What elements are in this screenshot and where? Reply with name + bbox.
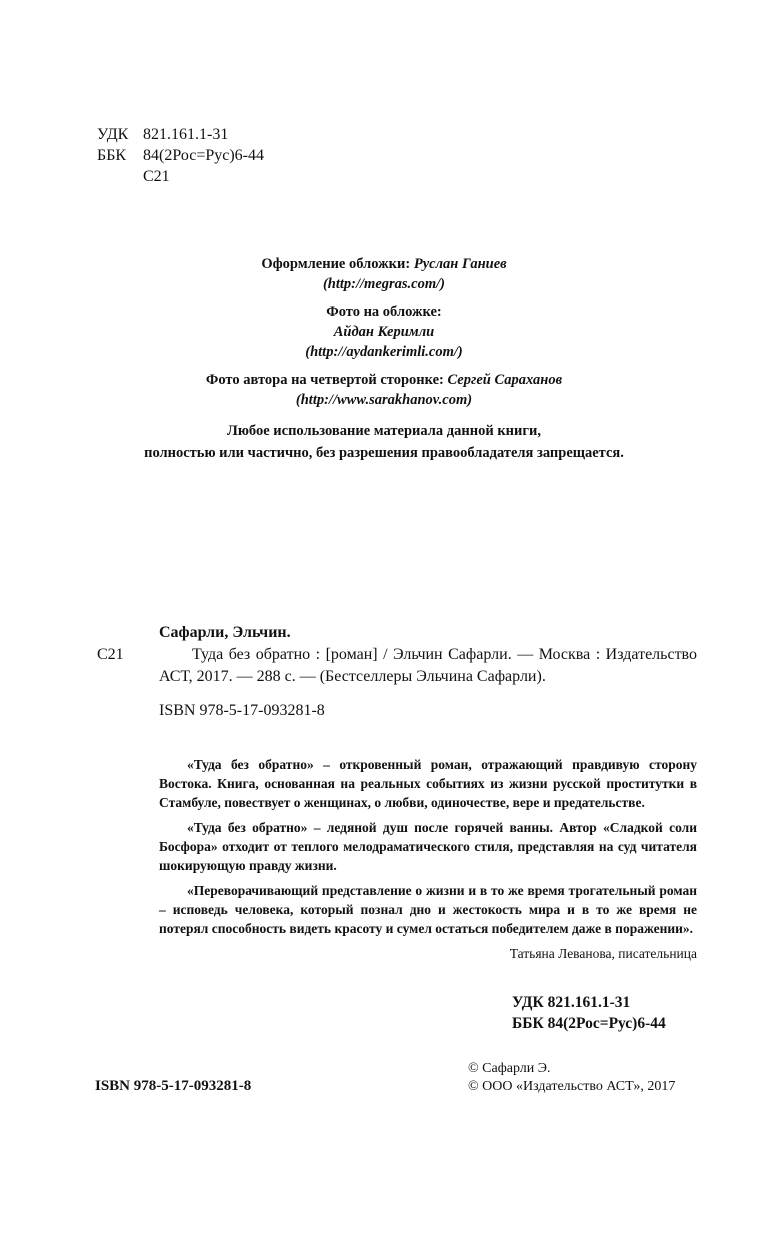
author-mark: С21 xyxy=(97,166,264,187)
bbk-value: 84(2Рос=Рус)6-44 xyxy=(143,147,264,164)
cover-design-credit: Оформление обложки: Руслан Ганиев (http:… xyxy=(0,254,768,294)
cover-design-label: Оформление обложки: xyxy=(261,256,410,272)
author-photo-label: Фото автора на четвертой сторонке: xyxy=(206,372,444,388)
cover-design-url: (http://megras.com/) xyxy=(323,276,445,292)
notice-line-1: Любое использование материала данной кни… xyxy=(0,420,768,442)
udk-label: УДК xyxy=(97,124,143,145)
bibliographic-record: Сафарли, Эльчин. С21 Туда без обратно : … xyxy=(97,622,697,722)
footer-bbk: ББК 84(2Рос=Рус)6-44 xyxy=(512,1013,666,1034)
entry-isbn: ISBN 978-5-17-093281-8 xyxy=(97,700,697,722)
cover-photo-label: Фото на обложке: xyxy=(326,304,441,320)
cover-photo-credit: Фото на обложке: Айдан Керимли (http://a… xyxy=(0,302,768,362)
author-heading: Сафарли, Эльчин. xyxy=(97,622,697,644)
copyright-block: © Сафарли Э. © ООО «Издательство АСТ», 2… xyxy=(468,1060,675,1096)
author-photo-name: Сергей Сараханов xyxy=(448,372,563,388)
annotation-paragraph: «Переворачивающий представление о жизни … xyxy=(159,881,697,938)
annotation-paragraph: «Туда без обратно» – ледяной душ после г… xyxy=(159,818,697,875)
cover-photo-url: (http://aydankerimli.com/) xyxy=(305,344,462,360)
entry-text: Туда без обратно : [роман] / Эльчин Сафа… xyxy=(159,644,697,688)
classification-codes: УДК821.161.1-31 ББК84(2Рос=Рус)6-44 С21 xyxy=(97,124,264,187)
entry-code: С21 xyxy=(97,644,124,666)
credits: Оформление обложки: Руслан Ганиев (http:… xyxy=(0,254,768,418)
bibliographic-entry: С21 Туда без обратно : [роман] / Эльчин … xyxy=(97,644,697,688)
annotation: «Туда без обратно» – откровенный роман, … xyxy=(159,755,697,969)
copyright-publisher: © ООО «Издательство АСТ», 2017 xyxy=(468,1078,675,1096)
copyright-author: © Сафарли Э. xyxy=(468,1060,675,1078)
author-photo-url: (http://www.sarakhanov.com) xyxy=(296,392,472,408)
footer-udk: УДК 821.161.1-31 xyxy=(512,992,666,1013)
copyright-notice: Любое использование материала данной кни… xyxy=(0,420,768,464)
footer-isbn: ISBN 978-5-17-093281-8 xyxy=(95,1078,251,1095)
bbk-row: ББК84(2Рос=Рус)6-44 xyxy=(97,145,264,166)
cover-design-name: Руслан Ганиев xyxy=(414,256,507,272)
annotation-paragraph: «Туда без обратно» – откровенный роман, … xyxy=(159,755,697,812)
footer-codes: УДК 821.161.1-31 ББК 84(2Рос=Рус)6-44 xyxy=(512,992,666,1034)
notice-line-2: полностью или частично, без разрешения п… xyxy=(0,442,768,464)
cover-photo-name: Айдан Керимли xyxy=(334,324,435,340)
bbk-label: ББК xyxy=(97,145,143,166)
udk-row: УДК821.161.1-31 xyxy=(97,124,264,145)
annotation-signature: Татьяна Леванова, писательница xyxy=(159,944,697,963)
author-photo-credit: Фото автора на четвертой сторонке: Серге… xyxy=(0,370,768,410)
udk-value: 821.161.1-31 xyxy=(143,126,228,143)
